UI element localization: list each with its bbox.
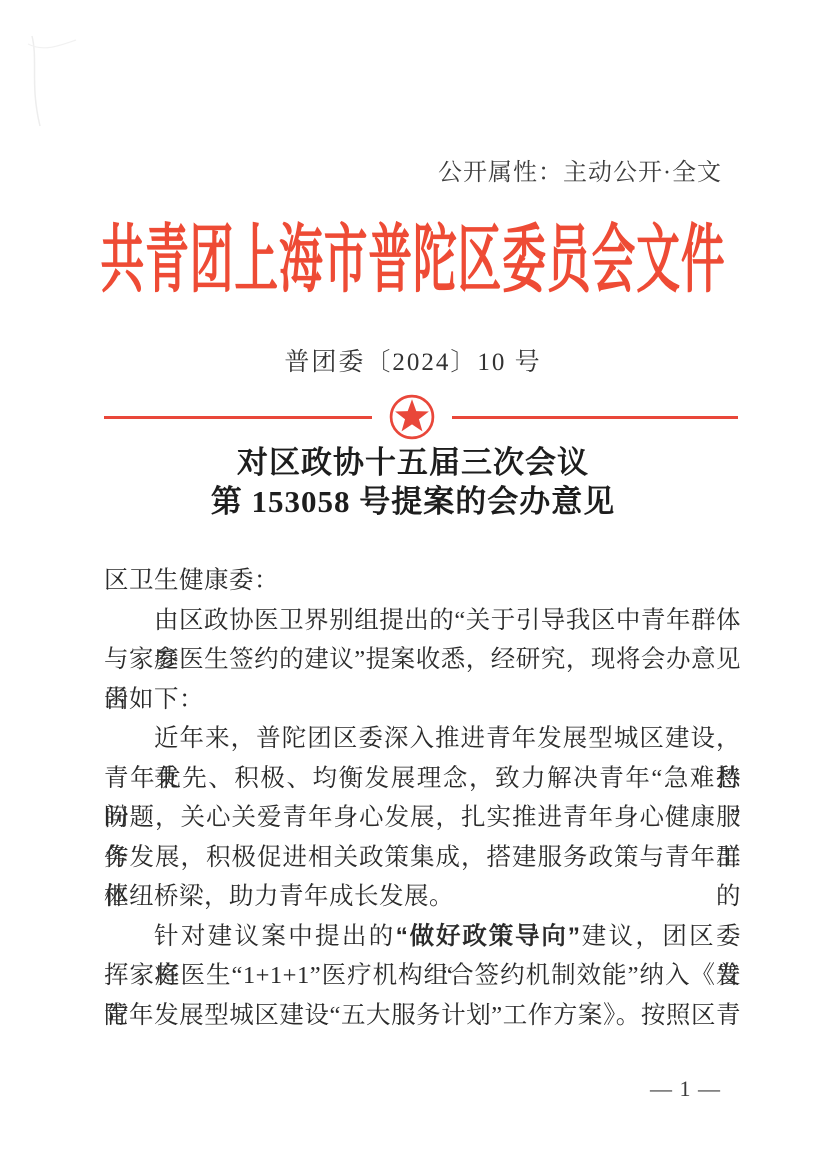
banner-text: 共青团上海市普陀区委员会文件 — [100, 201, 725, 308]
document-page: 公开属性：主动公开·全文 共青团上海市普陀区委员会文件 普团委〔2024〕10 … — [0, 0, 826, 1169]
star-icon — [389, 394, 435, 440]
red-divider-right — [452, 416, 738, 419]
disclosure-attribute: 公开属性：主动公开·全文 — [438, 152, 722, 187]
red-divider-left — [104, 416, 372, 419]
document-body: 区卫生健康委：由区政协医卫界别组提出的“关于引导我区中青年群体参与家庭医生签约的… — [104, 561, 741, 1035]
body-line: 问题，关心关爱青年身心发展，扎实推进青年身心健康服务工 — [104, 798, 741, 838]
body-line: 近年来，普陀团区委深入推进青年发展型城区建设，秉持 — [104, 719, 741, 759]
body-line: 青年优先、积极、均衡发展理念，致力解决青年“急难愁盼” — [104, 759, 741, 799]
body-text-segment: 告如下： — [104, 686, 204, 713]
star-shape — [395, 399, 429, 431]
title-line-2: 第 153058 号提案的会办意见 — [0, 482, 826, 521]
body-line: 区卫生健康委： — [104, 561, 741, 601]
document-number: 普团委〔2024〕10 号 — [0, 342, 826, 378]
body-text-segment: 青年发展型城区建设“五大服务计划”工作方案》。按照区青 — [104, 1002, 741, 1029]
body-text-segment: 针对建议案中提出的 — [154, 923, 396, 950]
body-line: 挥家庭医生“1+1+1”医疗机构组合签约机制效能”纳入《普陀 — [104, 956, 741, 996]
body-line: 针对建议案中提出的“做好政策导向”建议，团区委将“发 — [104, 917, 741, 957]
page-number: — 1 — — [650, 1076, 721, 1102]
title-line-1: 对区政协十五届三次会议 — [0, 443, 826, 482]
issuing-authority-banner: 共青团上海市普陀区委员会文件 — [0, 206, 826, 302]
body-text-segment: 区卫生健康委： — [104, 567, 279, 594]
body-bold-segment: “做好政策导向” — [396, 923, 580, 950]
body-text-segment: 枢纽桥梁，助力青年成长发展。 — [104, 883, 454, 910]
document-title: 对区政协十五届三次会议 第 153058 号提案的会办意见 — [0, 443, 826, 521]
body-line: 作发展，积极促进相关政策集成，搭建服务政策与青年群体的 — [104, 838, 741, 878]
body-line: 与家庭医生签约的建议”提案收悉，经研究，现将会办意见函 — [104, 640, 741, 680]
body-line: 由区政协医卫界别组提出的“关于引导我区中青年群体参 — [104, 601, 741, 641]
body-line: 青年发展型城区建设“五大服务计划”工作方案》。按照区青 — [104, 996, 741, 1036]
scan-artifact-mark — [18, 30, 88, 140]
body-line: 告如下： — [104, 680, 741, 720]
